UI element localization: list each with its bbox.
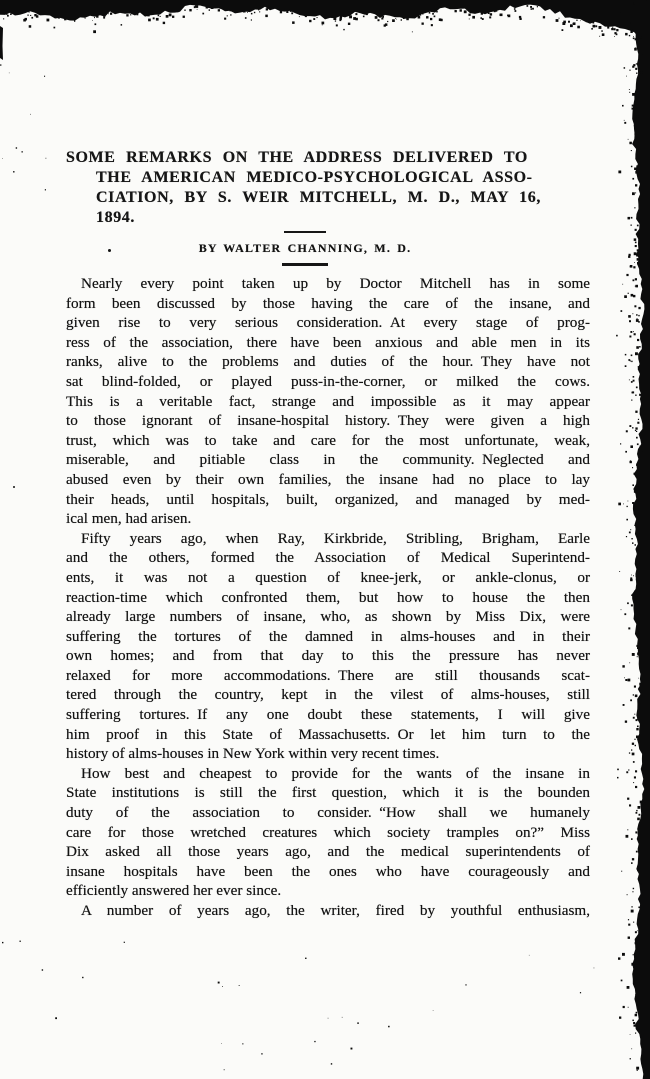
text-line: reaction-time which confronted them, but…: [66, 588, 590, 608]
title-line: THE AMERICAN MEDICO-PSYCHOLOGICAL ASSO-: [66, 168, 590, 188]
text-line: Dix asked all those years ago, and the m…: [66, 842, 590, 862]
text-line: trust, which was to take and care for th…: [66, 431, 590, 451]
text-line: care for those wretched creatures which …: [66, 823, 590, 843]
text-line: ical men, had arisen.: [66, 509, 590, 529]
text-line: suffering the tortures of the damned in …: [66, 627, 590, 647]
text-line: given rise to very serious consideration…: [66, 313, 590, 333]
text-line: Nearly every point taken up by Doctor Mi…: [66, 274, 590, 294]
article-title: SOME REMARKS ON THE ADDRESS DELIVERED TO…: [66, 148, 590, 228]
text-line: own homes; and from that day to this the…: [66, 646, 590, 666]
ink-speck: [108, 249, 111, 252]
text-line: their heads, until hospitals, built, org…: [66, 490, 590, 510]
text-line: How best and cheapest to provide for the…: [66, 764, 590, 784]
paragraph: Fifty years ago, when Ray, Kirkbride, St…: [66, 529, 590, 764]
ink-speck: [13, 486, 15, 488]
text-line: Fifty years ago, when Ray, Kirkbride, St…: [66, 529, 590, 549]
text-line: sat blind-folded, or played puss-in-the-…: [66, 372, 590, 392]
divider-rule-top: [284, 231, 326, 233]
byline-block: BY WALTER CHANNING, M. D.: [43, 231, 567, 266]
text-line: abused even by their own families, the i…: [66, 470, 590, 490]
text-line: him proof in this State of Massachusetts…: [66, 725, 590, 745]
text-line: and the others, formed the Association o…: [66, 548, 590, 568]
title-line: CIATION, BY S. WEIR MITCHELL, M. D., MAY…: [66, 188, 590, 208]
scanned-page: SOME REMARKS ON THE ADDRESS DELIVERED TO…: [0, 0, 650, 1079]
text-line: ents, it was not a question of knee-jerk…: [66, 568, 590, 588]
text-line: State institutions is still the first qu…: [66, 783, 590, 803]
text-line: to those ignorant of insane-hospital his…: [66, 411, 590, 431]
title-line: 1894.: [66, 208, 590, 228]
paragraph: Nearly every point taken up by Doctor Mi…: [66, 274, 590, 529]
article-byline: BY WALTER CHANNING, M. D.: [43, 241, 567, 255]
text-line: efficiently answered her ever since.: [66, 881, 590, 901]
divider-rule-bottom: [282, 263, 328, 266]
title-line: SOME REMARKS ON THE ADDRESS DELIVERED TO: [66, 148, 590, 168]
text-line: A number of years ago, the writer, fired…: [66, 901, 590, 921]
text-line: ress of the association, there have been…: [66, 333, 590, 353]
paragraph: How best and cheapest to provide for the…: [66, 764, 590, 901]
text-line: duty of the association to consider. “Ho…: [66, 803, 590, 823]
text-line: This is a veritable fact, strange and im…: [66, 392, 590, 412]
article-body: Nearly every point taken up by Doctor Mi…: [66, 274, 590, 921]
text-line: tered through the country, kept in the v…: [66, 685, 590, 705]
text-line: insane hospitals have been the ones who …: [66, 862, 590, 882]
text-line: suffering tortures. If any one doubt the…: [66, 705, 590, 725]
text-line: history of alms-houses in New York withi…: [66, 744, 590, 764]
paragraph: A number of years ago, the writer, fired…: [66, 901, 590, 921]
text-line: miserable, and pitiable class in the com…: [66, 450, 590, 470]
article-content: SOME REMARKS ON THE ADDRESS DELIVERED TO…: [66, 0, 590, 921]
text-line: form been discussed by those having the …: [66, 294, 590, 314]
text-line: ranks, alive to the problems and duties …: [66, 352, 590, 372]
text-line: relaxed for more accommodations. There a…: [66, 666, 590, 686]
text-line: already large numbers of insane, who, as…: [66, 607, 590, 627]
